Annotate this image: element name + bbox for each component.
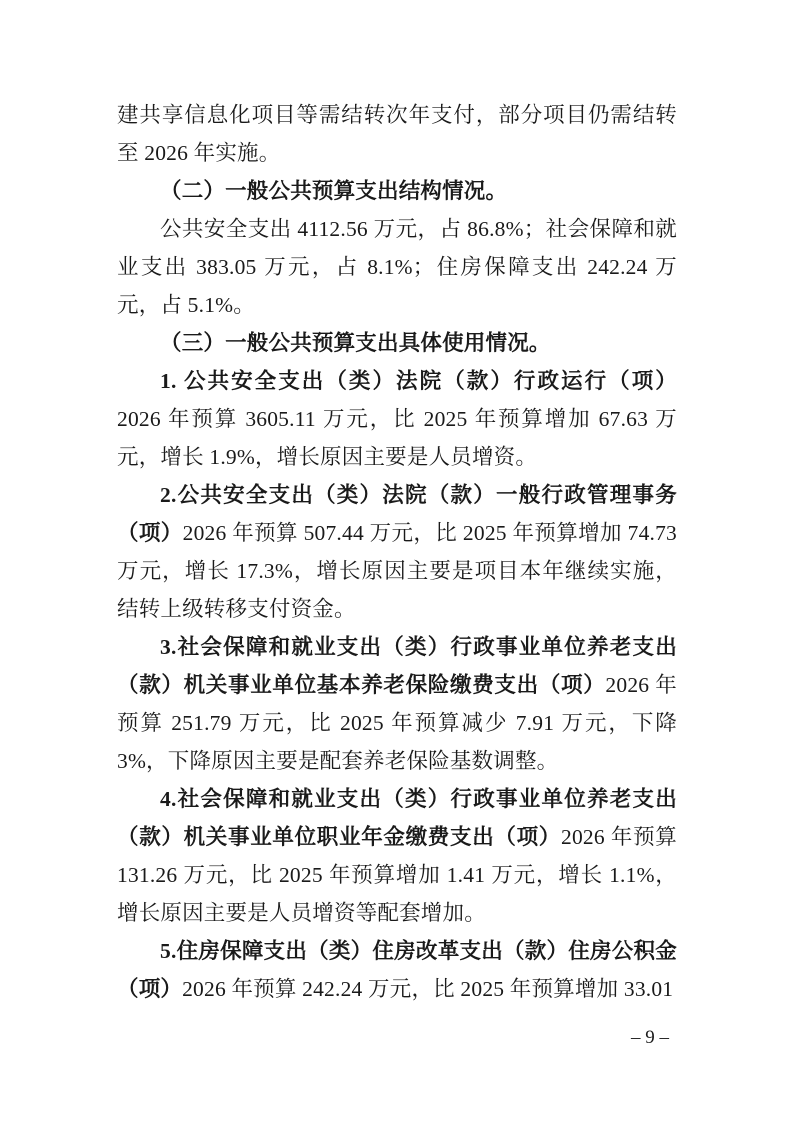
text-segment: 2026 年预算 242.24 万元，比 2025 年预算增加 33.01 <box>182 977 673 1001</box>
text-segment: 公共安全支出 4112.56 万元，占 86.8%；社会保障和就业支出 383.… <box>117 217 677 317</box>
paragraph: 1. 公共安全支出（类）法院（款）行政运行（项）2026 年预算 3605.11… <box>117 362 677 476</box>
bold-text-segment: 1. 公共安全支出（类）法院（款）行政运行（项） <box>160 369 677 393</box>
paragraph: 公共安全支出 4112.56 万元，占 86.8%；社会保障和就业支出 383.… <box>117 210 677 324</box>
text-segment: 2026 年预算 507.44 万元，比 2025 年预算增加 74.73 万元… <box>117 521 677 621</box>
page-number: – 9 – <box>610 1026 690 1050</box>
document-page: 建共享信息化项目等需结转次年支付，部分项目仍需结转至 2026 年实施。（二）一… <box>0 0 793 1122</box>
bold-text-segment: 3.社会保障和就业支出（类）行政事业单位养老支出（款）机关事业单位基本养老保险缴… <box>117 635 677 697</box>
paragraph: 5.住房保障支出（类）住房改革支出（款）住房公积金（项）2026 年预算 242… <box>117 932 677 1008</box>
text-segment: 2026 年预算 3605.11 万元，比 2025 年预算增加 67.63 万… <box>117 407 677 469</box>
paragraph: 4.社会保障和就业支出（类）行政事业单位养老支出（款）机关事业单位职业年金缴费支… <box>117 780 677 932</box>
text-segment: 建共享信息化项目等需结转次年支付，部分项目仍需结转至 2026 年实施。 <box>117 103 677 165</box>
paragraph: 建共享信息化项目等需结转次年支付，部分项目仍需结转至 2026 年实施。 <box>117 96 677 172</box>
paragraph: 2.公共安全支出（类）法院（款）一般行政管理事务（项）2026 年预算 507.… <box>117 476 677 628</box>
document-body: 建共享信息化项目等需结转次年支付，部分项目仍需结转至 2026 年实施。（二）一… <box>117 96 677 1008</box>
bold-text-segment: （二）一般公共预算支出结构情况。 <box>160 179 507 203</box>
section-heading: （二）一般公共预算支出结构情况。 <box>117 172 677 210</box>
bold-text-segment: （三）一般公共预算支出具体使用情况。 <box>160 331 551 355</box>
section-heading: （三）一般公共预算支出具体使用情况。 <box>117 324 677 362</box>
paragraph: 3.社会保障和就业支出（类）行政事业单位养老支出（款）机关事业单位基本养老保险缴… <box>117 628 677 780</box>
